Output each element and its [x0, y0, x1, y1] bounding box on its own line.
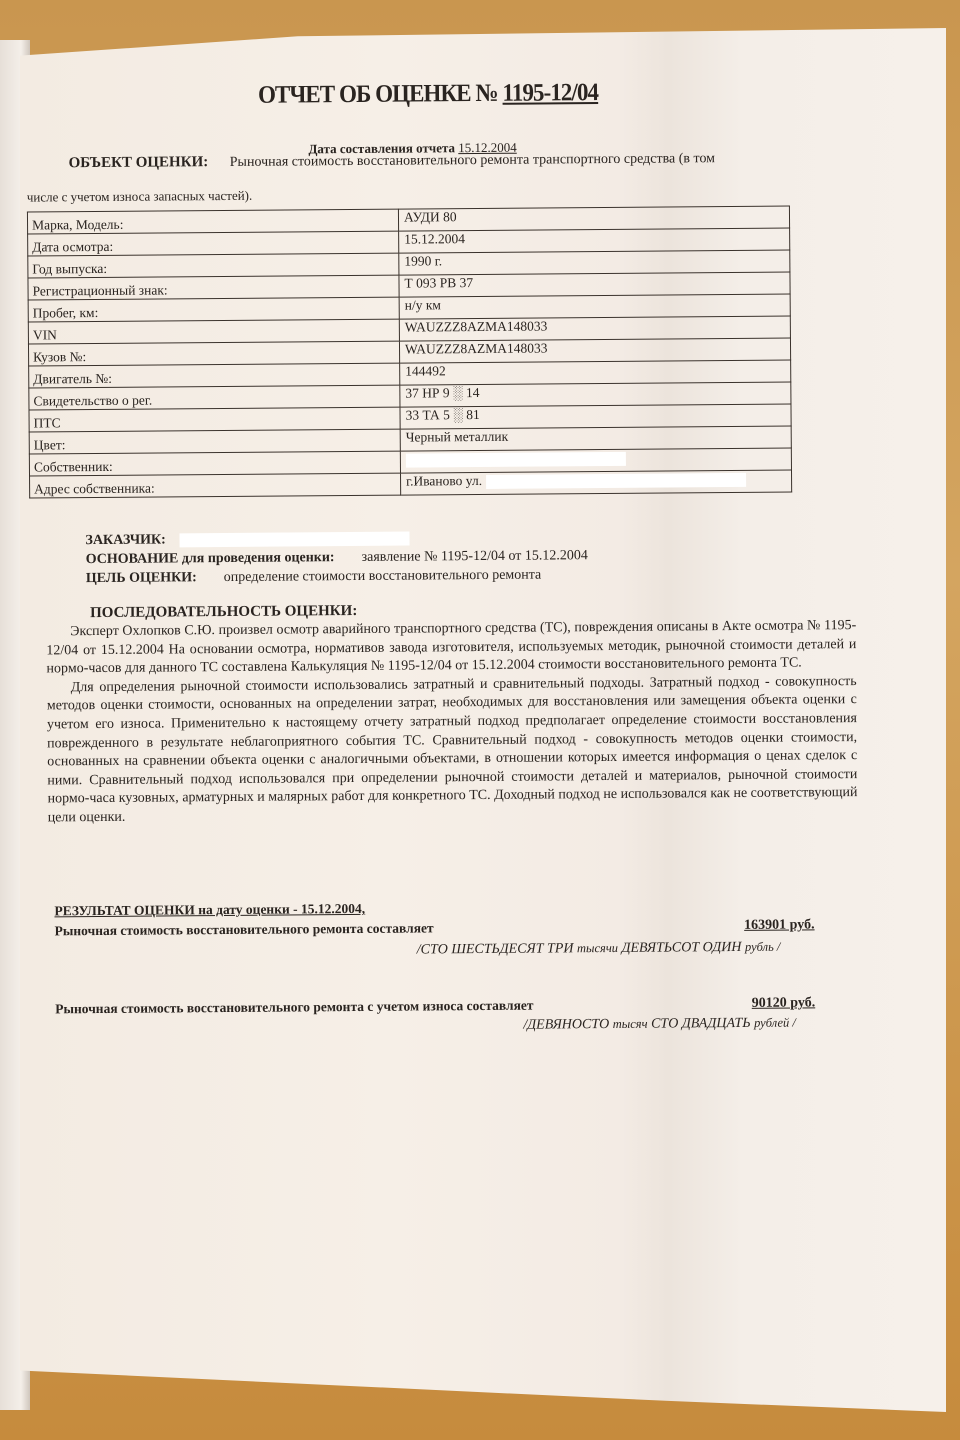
- property-value: Черный металлик: [400, 426, 791, 451]
- property-value-text: Т 093 РВ 37: [404, 275, 473, 291]
- property-value: [400, 448, 791, 473]
- result-line-1-text: Рыночная стоимость восстановительного ре…: [55, 920, 434, 938]
- sequence-body: Эксперт Охлопков С.Ю. произвел осмотр ав…: [46, 617, 858, 828]
- document: ОТЧЕТ ОБ ОЦЕНКЕ № 1195-12/04 Дата состав…: [0, 0, 960, 1440]
- property-value-text: г.Иваново ул.: [406, 473, 482, 489]
- sequence-paragraph: Для определения рыночной стоимости испол…: [47, 673, 858, 828]
- property-value: АУДИ 80: [398, 206, 789, 231]
- words-part: /СТО ШЕСТЬДЕСЯТ ТРИ: [417, 941, 574, 957]
- property-value-text: АУДИ 80: [404, 209, 457, 224]
- property-value: Т 093 РВ 37: [399, 272, 790, 297]
- words-part: тысячи: [577, 941, 618, 955]
- goal-label: ЦЕЛЬ ОЦЕНКИ:: [86, 570, 197, 586]
- property-key: Собственник:: [29, 451, 400, 476]
- report-title-prefix: ОТЧЕТ ОБ ОЦЕНКЕ №: [258, 80, 498, 109]
- valuation-meta: ЗАКАЗЧИК: ОСНОВАНИЕ для проведения оценк…: [85, 527, 588, 588]
- property-value-text: 37 НР 9 ░ 14: [405, 385, 479, 401]
- property-value-text: 33 ТА 5 ░ 81: [405, 407, 479, 423]
- object-text: Рыночная стоимость восстановительного ре…: [230, 151, 715, 170]
- property-key: Кузов №:: [28, 341, 399, 366]
- object-of-valuation: ОБЪЕКТ ОЦЕНКИ: Рыночная стоимость восста…: [68, 149, 848, 172]
- property-value: 15.12.2004: [399, 228, 790, 253]
- basis-label: ОСНОВАНИЕ: [86, 551, 179, 567]
- result-line-1-amount: 163901 руб.: [744, 917, 815, 934]
- property-key: Цвет:: [29, 429, 400, 454]
- property-key: Адрес собственника:: [30, 473, 401, 498]
- words-part: /ДЕВЯНОСТО: [523, 1017, 609, 1033]
- words-part: рублей /: [754, 1016, 796, 1030]
- basis-value: заявление № 1195-12/04 от 15.12.2004: [361, 548, 587, 565]
- property-value-text: Черный металлик: [406, 429, 509, 445]
- property-key: Дата осмотра:: [28, 231, 399, 256]
- result-line-2: Рыночная стоимость восстановительного ре…: [55, 995, 815, 1017]
- sequence-paragraph: Эксперт Охлопков С.Ю. произвел осмотр ав…: [46, 617, 856, 679]
- report-number: 1195-12/04: [502, 79, 598, 107]
- property-value: 144492: [400, 360, 791, 385]
- goal-row: ЦЕЛЬ ОЦЕНКИ: определение стоимости восст…: [86, 565, 588, 588]
- property-key: Двигатель №:: [29, 363, 400, 388]
- property-value-text: 144492: [405, 363, 446, 378]
- words-part: ДЕВЯТЬСОТ ОДИН: [621, 940, 741, 956]
- property-value: г.Иваново ул.: [401, 470, 792, 495]
- result-line-2-words: /ДЕВЯНОСТО тысяч СТО ДВАДЦАТЬ рублей /: [523, 1016, 796, 1034]
- result-line-2-text: Рыночная стоимость восстановительного ре…: [55, 998, 533, 1017]
- words-part: тысяч: [613, 1017, 648, 1031]
- property-key: Пробег, км:: [28, 297, 399, 322]
- property-key: ПТС: [29, 407, 400, 432]
- property-value-text: 1990 г.: [404, 253, 442, 268]
- property-row: Адрес собственника:г.Иваново ул.: [30, 470, 792, 498]
- sequence-title: ПОСЛЕДОВАТЕЛЬНОСТЬ ОЦЕНКИ:: [90, 603, 357, 622]
- property-key: Регистрационный знак:: [28, 275, 399, 300]
- report-title: ОТЧЕТ ОБ ОЦЕНКЕ № 1195-12/04: [258, 79, 598, 110]
- property-value-text: 15.12.2004: [404, 231, 465, 246]
- object-text-continuation: числе с учетом износа запасных частей).: [27, 188, 253, 206]
- property-value: н/у км: [399, 294, 790, 319]
- property-key: Год выпуска:: [28, 253, 399, 278]
- property-key: Марка, Модель:: [27, 209, 398, 234]
- result-line-1-words: /СТО ШЕСТЬДЕСЯТ ТРИ тысячи ДЕВЯТЬСОТ ОДИ…: [417, 940, 781, 959]
- redacted-block: [406, 452, 626, 468]
- property-value: WAUZZZ8AZMA148033: [399, 338, 790, 363]
- property-value: 33 ТА 5 ░ 81: [400, 404, 791, 429]
- vehicle-properties-table: Марка, Модель:АУДИ 80Дата осмотра:15.12.…: [27, 206, 792, 499]
- result-line-1: Рыночная стоимость восстановительного ре…: [55, 917, 815, 939]
- property-key: Свидетельство о рег.: [29, 385, 400, 410]
- property-value: WAUZZZ8AZMA148033: [399, 316, 790, 341]
- property-value: 1990 г.: [399, 250, 790, 275]
- object-label: ОБЪЕКТ ОЦЕНКИ:: [68, 154, 208, 171]
- customer-label: ЗАКАЗЧИК:: [85, 532, 165, 548]
- result-line-2-amount: 90120 руб.: [752, 995, 816, 1011]
- words-part: СТО ДВАДЦАТЬ: [651, 1016, 751, 1032]
- goal-value: определение стоимости восстановительного…: [224, 568, 542, 585]
- property-value-text: н/у км: [405, 297, 441, 312]
- property-value: 37 НР 9 ░ 14: [400, 382, 791, 407]
- result-title: РЕЗУЛЬТАТ ОЦЕНКИ на дату оценки - 15.12.…: [54, 901, 365, 919]
- customer-redacted: [179, 531, 409, 547]
- property-value-text: WAUZZZ8AZMA148033: [405, 340, 548, 356]
- redacted-block: [486, 473, 746, 489]
- property-value-text: WAUZZZ8AZMA148033: [405, 318, 548, 334]
- basis-label-rest: для проведения оценки:: [182, 550, 335, 566]
- words-part: рубль /: [745, 940, 780, 954]
- property-key: VIN: [28, 319, 399, 344]
